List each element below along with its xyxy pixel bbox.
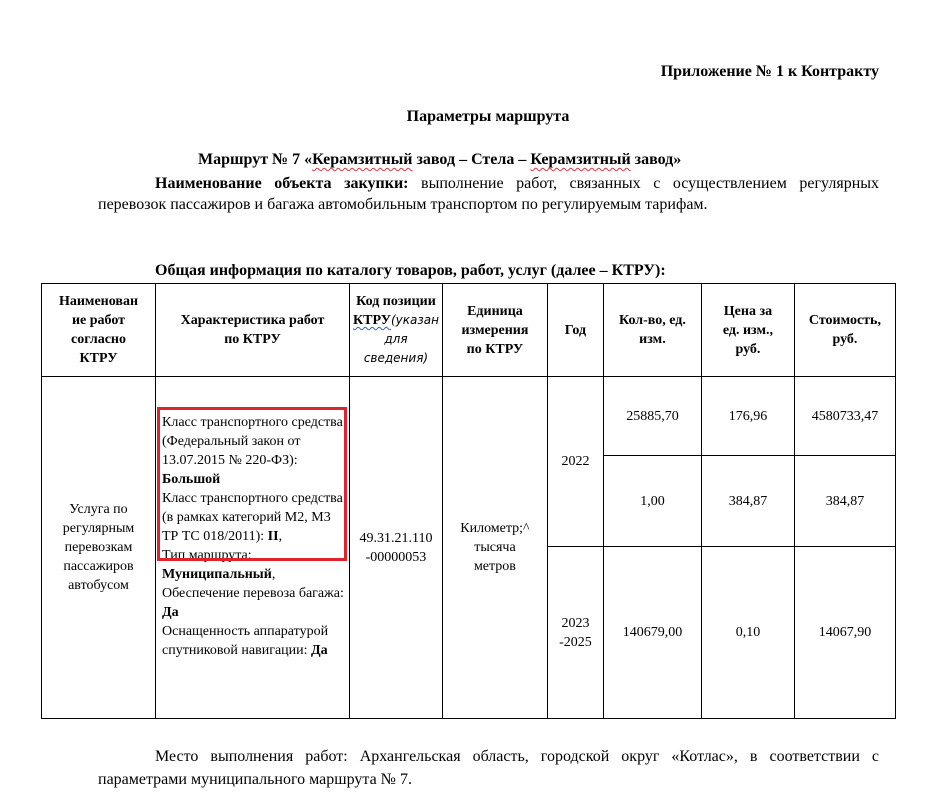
purchase-object-paragraph: Наименование объекта закупки: выполнение… (98, 173, 879, 215)
header-work-name: Наименован ие работ согласно КТРУ (42, 284, 156, 377)
route-title-suffix: завод» (631, 151, 682, 168)
route-title: Маршрут № 7 «Керамзитный завод – Стела –… (198, 151, 681, 169)
unit-price-cell: 0,10 (701, 547, 794, 719)
route-word-spellcheck: Керамзитный (312, 151, 412, 168)
characteristic-value: Большой (162, 472, 220, 487)
characteristic-label: Обеспечение перевоза багажа: (162, 586, 344, 601)
purchase-object-label: Наименование объекта закупки: (155, 175, 409, 192)
header-line: ие работ (43, 311, 154, 330)
characteristic-suffix: , (272, 567, 276, 582)
characteristic-label: Класс транспортного средства (в рамках к… (162, 491, 343, 544)
quantity-cell: 25885,70 (603, 377, 701, 456)
characteristic-value: Да (311, 643, 328, 658)
characteristic-value: Муниципальный (162, 567, 272, 582)
header-line: согласно (43, 330, 154, 349)
ktru-table: Наименован ие работ согласно КТРУ Характ… (41, 283, 896, 719)
header-year: Год (547, 284, 603, 377)
ktru-code-cell: 49.31.21.110-00000053 (350, 377, 443, 719)
year-cell: 2022 (547, 377, 603, 547)
unit-price-cell: 176,96 (701, 377, 794, 456)
route-title-middle: завод – Стела – (412, 151, 530, 168)
header-ktru-code: Код позиции КТРУ(указан для сведения) (350, 284, 443, 377)
route-parameters-title: Параметры маршрута (0, 108, 927, 126)
cost-cell: 14067,90 (794, 547, 895, 719)
cost-cell: 384,87 (794, 456, 895, 547)
route-word-spellcheck: Керамзитный (530, 151, 630, 168)
catalog-info-title: Общая информация по каталогу товаров, ра… (155, 262, 666, 280)
quantity-cell: 140679,00 (603, 547, 701, 719)
characteristic-value: Да (162, 605, 179, 620)
characteristic-label: Класс транспортного средства (Федеральны… (162, 415, 343, 468)
characteristics-cell: Класс транспортного средства (Федеральны… (156, 377, 350, 719)
route-title-prefix: Маршрут № 7 « (198, 151, 312, 168)
characteristic-suffix: , (279, 529, 283, 544)
quantity-cell: 1,00 (603, 456, 701, 547)
unit-cell: Километр;^ тысяча метров (442, 377, 547, 719)
header-ktru-code-link: КТРУ (353, 313, 391, 328)
header-cost: Стоимость, руб. (794, 284, 895, 377)
year-cell: 2023 -2025 (547, 547, 603, 719)
cost-cell: 4580733,47 (794, 377, 895, 456)
work-name-cell: Услуга по регулярным перевозкам пассажир… (42, 377, 156, 719)
header-quantity: Кол-во, ед. изм. (603, 284, 701, 377)
characteristic-label: Тип маршрута: (162, 548, 252, 563)
unit-price-cell: 384,87 (701, 456, 794, 547)
header-line: КТРУ (43, 349, 154, 368)
header-ktru-code-prefix: Код позиции (356, 294, 436, 309)
appendix-heading: Приложение № 1 к Контракту (661, 63, 879, 81)
characteristic-value: II (268, 529, 279, 544)
table-row: Услуга по регулярным перевозкам пассажир… (42, 377, 896, 456)
header-line: Наименован (43, 292, 154, 311)
header-unit: Единица измерения по КТРУ (442, 284, 547, 377)
header-characteristic: Характеристика работ по КТРУ (156, 284, 350, 377)
characteristic-label: Оснащенность аппаратурой спутниковой нав… (162, 624, 328, 658)
header-unit-price: Цена за ед. изм., руб. (701, 284, 794, 377)
work-place-paragraph: Место выполнения работ: Архангельская об… (98, 745, 879, 791)
table-header-row: Наименован ие работ согласно КТРУ Характ… (42, 284, 896, 377)
